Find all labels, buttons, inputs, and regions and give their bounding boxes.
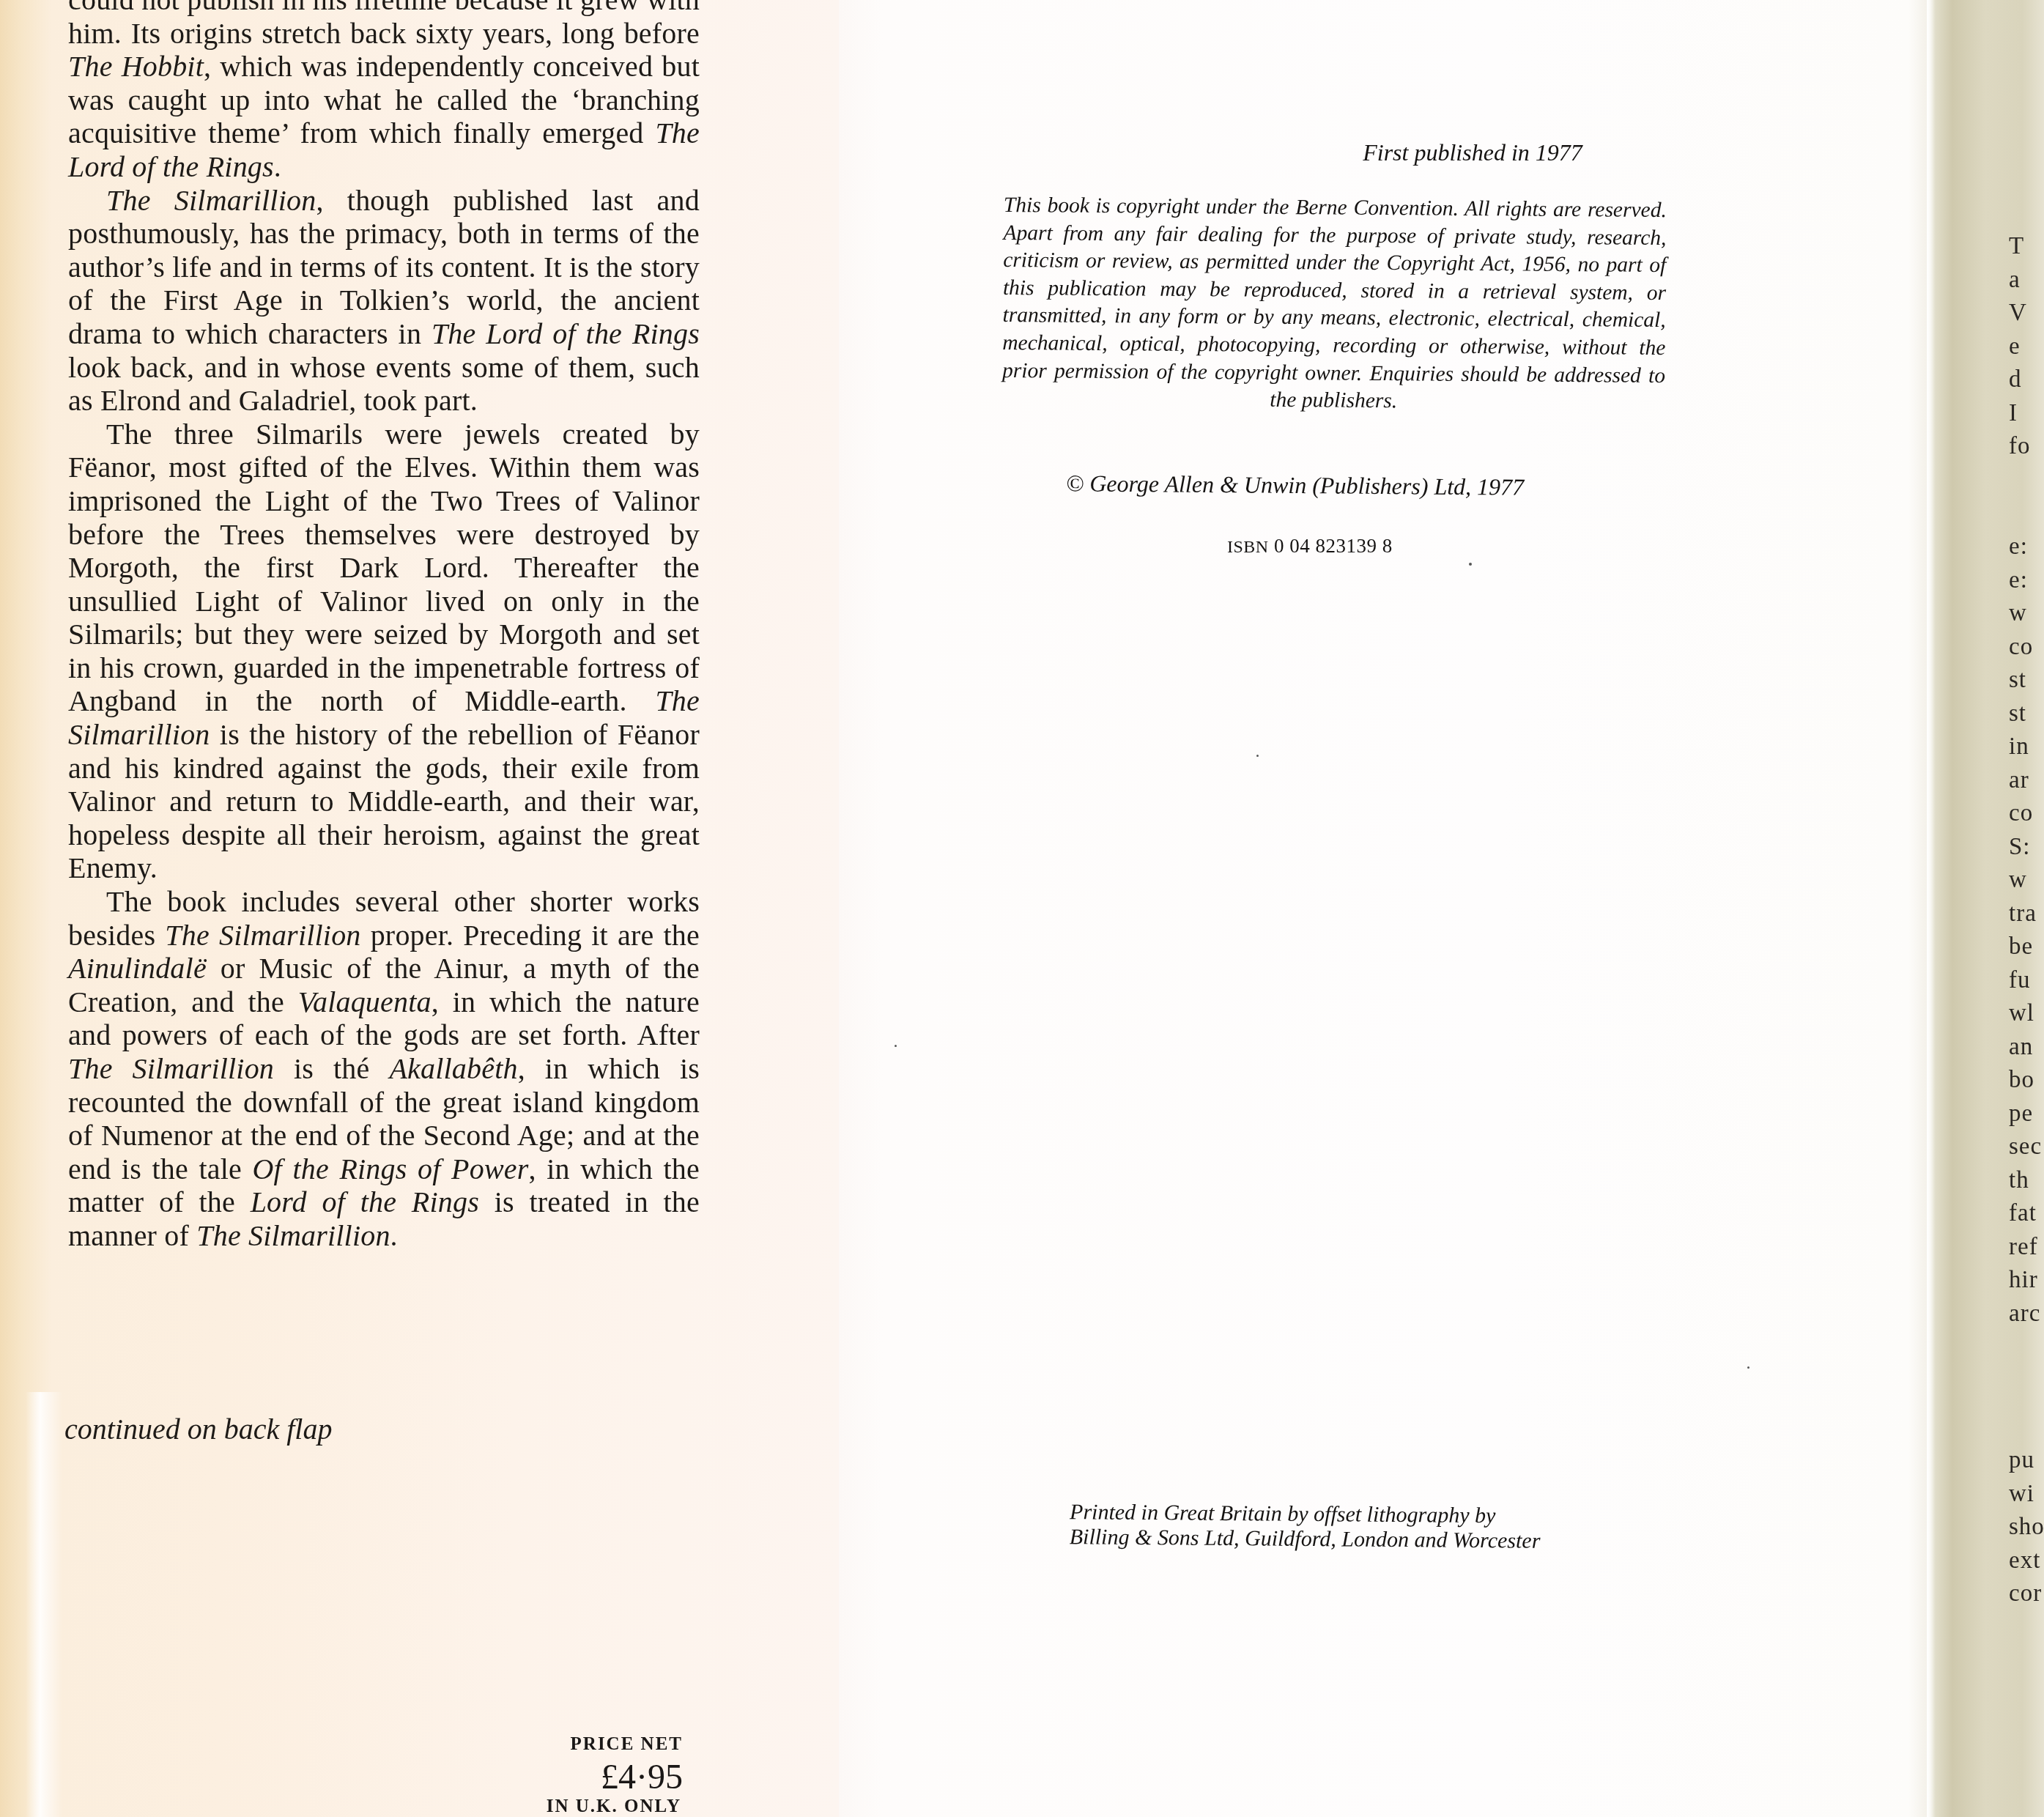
printer-line-1: Printed in Great Britain by offset litho… [1070,1500,1541,1529]
next-page-fragment: e: [2009,567,2028,594]
next-page-fragment: hir [2009,1267,2038,1294]
next-page-fragment: I [2009,400,2018,427]
next-page-fragment: an [2009,1034,2033,1061]
blurb-title-italic: The Silmarillion [196,1219,390,1252]
next-page-fragment: arc [2009,1300,2040,1328]
imprint-page: First published in 1977 This book is cop… [839,0,1930,1817]
isbn-number: 0 04 823139 8 [1274,535,1393,557]
next-page-fragment: st [2009,667,2026,694]
price-value: £4·95 [527,1757,683,1797]
paper-speck [1469,563,1472,566]
next-page-fragment: ref [2009,1234,2038,1261]
next-page-fragment: e: [2009,533,2028,560]
page-gutter-shadow [1927,0,1936,1817]
printer-line-2: Billing & Sons Ltd, Guildford, London an… [1070,1525,1541,1554]
next-page-fragment: e [2009,333,2021,360]
next-page-fragment: fat [2009,1200,2037,1227]
copyright-line: © George Allen & Unwin (Publishers) Ltd,… [1066,470,1524,500]
next-page-fragment: fo [2009,433,2031,460]
blurb-title-italic: Of the Rings of Power [253,1152,529,1185]
paper-speck [1747,1366,1749,1369]
blurb-text: The three Silmarils were jewels created … [68,418,700,718]
blurb-text: proper. Preceding it are the [361,919,700,952]
blurb-title-italic: The Lord of the Rings [432,317,700,350]
next-page-fragment: ar [2009,767,2029,794]
flap-edge-highlight [26,1392,62,1817]
next-page-text-fragments: TaVedIfoe:e:wcoststinarcoS:wtrabefuwlanb… [2009,0,2044,1817]
blurb-text: could not publish in his lifetime becaus… [68,0,700,50]
blurb-title-italic: The Silmarillion [68,1052,274,1085]
next-page-fragment: wl [2009,1000,2034,1027]
next-page-fragment: st [2009,700,2026,728]
next-page-fragment: co [2009,800,2033,827]
next-page-fragment: in [2009,733,2029,761]
next-page-fragment: w [2009,867,2027,894]
next-page-fragment: co [2009,634,2033,661]
next-page-fragment: bo [2009,1067,2034,1094]
next-page-fragment: a [2009,267,2021,294]
flap-blurb: could not publish in his lifetime becaus… [68,0,700,1253]
next-page-fragment: ext [2009,1547,2040,1574]
next-page-fragment: pe [2009,1100,2033,1128]
paper-speck [895,1045,897,1047]
next-page-fragment: be [2009,933,2033,961]
next-page-fragment: sec [2009,1133,2042,1161]
blurb-text: . [390,1219,398,1252]
next-page-fragment: pu [2009,1447,2034,1474]
next-page-fragment: w [2009,600,2027,627]
next-page-fragment: V [2009,300,2027,327]
next-page-fragment: T [2009,233,2024,260]
paper-speck [1256,755,1259,757]
blurb-title-italic: Valaquenta [298,985,432,1018]
blurb-text: . [274,150,281,183]
first-published: First published in 1977 [839,139,1930,166]
book-spread-scan: could not publish in his lifetime becaus… [0,0,2044,1817]
isbn-label: ISBN [1227,538,1269,557]
printer-credit: Printed in Great Britain by offset litho… [1070,1500,1541,1554]
blurb-paragraph: The three Silmarils were jewels created … [68,418,700,885]
blurb-title-italic: Akallabêth [389,1052,517,1085]
next-page-fragment: th [2009,1167,2029,1194]
isbn: ISBN 0 04 823139 8 [1227,535,1393,558]
next-page-fragment: sho [2009,1514,2044,1541]
next-page-fragment: cor [2009,1580,2042,1607]
blurb-title-italic: Ainulindalë [68,952,207,985]
next-page-fragment: wi [2009,1481,2034,1508]
blurb-text: is thé [274,1052,389,1085]
next-page-fragment: tra [2009,900,2037,928]
blurb-title-italic: The Silmarillion [165,919,360,952]
price-region-note: IN U.K. ONLY [513,1796,681,1817]
blurb-title-italic: Lord of the Rings [251,1185,479,1218]
next-page-fragment: S: [2009,834,2031,861]
price-label: PRICE NET [527,1734,683,1755]
blurb-title-italic: The Hobbit [68,50,204,83]
rights-notice: This book is copyright under the Berne C… [1002,192,1667,418]
blurb-paragraph: The Silmarillion, though published last … [68,184,700,418]
front-flap: could not publish in his lifetime becaus… [0,0,839,1817]
blurb-paragraph: could not publish in his lifetime becaus… [68,0,700,184]
blurb-paragraph: The book includes several other shorter … [68,885,700,1253]
continued-note: continued on back flap [64,1412,332,1446]
blurb-title-italic: The Silmarillion [106,184,316,217]
next-page-fragment: d [2009,366,2022,393]
next-page-fragment: fu [2009,967,2031,994]
blurb-text: look back, and in whose events some of t… [68,351,700,418]
